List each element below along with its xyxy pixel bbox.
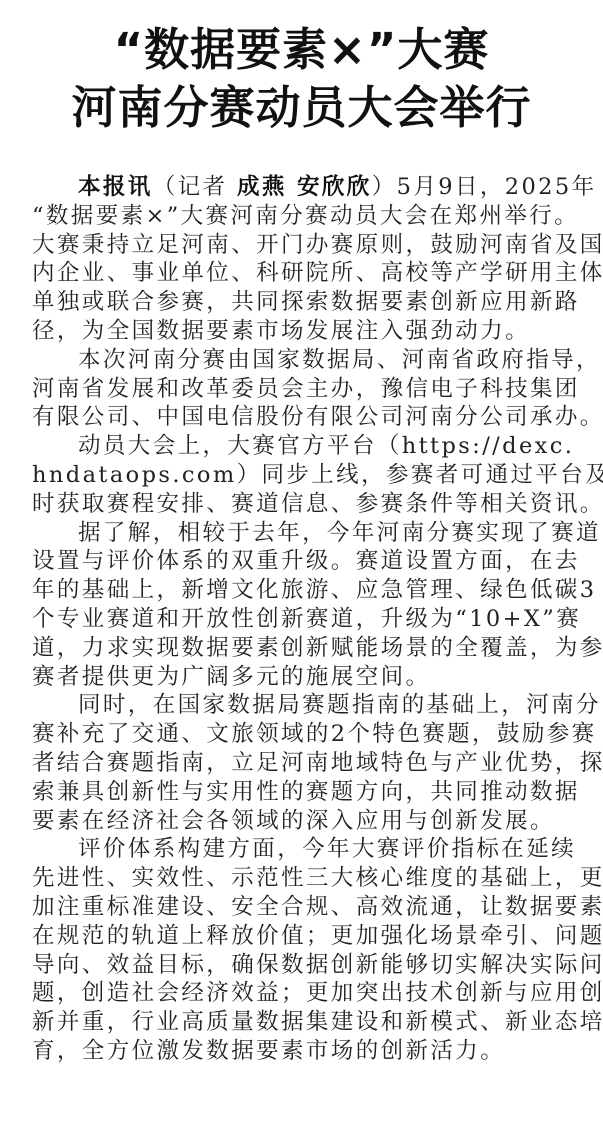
text-line: 河南省发展和改革委员会主办，豫信电子科技集团 — [32, 375, 562, 404]
text-line: 育，全方位激发数据要素市场的创新活力。 — [32, 1037, 562, 1066]
paragraph-6: 评价体系构建方面，今年大赛评价指标在延续 先进性、实效性、示范性三大核心维度的基… — [32, 835, 562, 1065]
text-line: 在规范的轨道上释放价值；更加强化场景牵引、问题 — [32, 922, 562, 951]
text-line: 本次河南分赛由国家数据局、河南省政府指导， — [32, 346, 562, 375]
paragraph-5: 同时，在国家数据局赛题指南的基础上，河南分 赛补充了交通、文旅领域的2个特色赛题… — [32, 691, 562, 835]
text-line: 径，为全国数据要素市场发展注入强劲动力。 — [32, 317, 562, 346]
text-line: 赛者提供更为广阔多元的施展空间。 — [32, 663, 562, 692]
text-line: 5月9日，2025年 — [397, 174, 597, 200]
text-line: 动员大会上，大赛官方平台（https://dexc. — [32, 432, 562, 461]
headline-line-1: “数据要素×”大赛 — [0, 22, 603, 78]
headline-line-2: 河南分赛动员大会举行 — [0, 80, 603, 136]
byline-lead: 本报讯 — [78, 174, 153, 200]
byline-reporters: 成燕 安欣欣 — [237, 174, 372, 200]
text-line: 题，创造社会经济效益；更加突出技术创新与应用创 — [32, 979, 562, 1008]
text-line: 赛补充了交通、文旅领域的2个特色赛题，鼓励参赛 — [32, 720, 562, 749]
text-line: 先进性、实效性、示范性三大核心维度的基础上，更 — [32, 864, 562, 893]
paragraph-1: 本报讯（记者 成燕 安欣欣）5月9日，2025年 “数据要素×”大赛河南分赛动员… — [32, 173, 562, 346]
text-line: 有限公司、中国电信股份有限公司河南分公司承办。 — [32, 403, 562, 432]
text-line: 新并重，行业高质量数据集建设和新模式、新业态培 — [32, 1008, 562, 1037]
paragraph-2: 本次河南分赛由国家数据局、河南省政府指导， 河南省发展和改革委员会主办，豫信电子… — [32, 346, 562, 432]
text-line: 要素在经济社会各领域的深入应用与创新发展。 — [32, 807, 562, 836]
byline-close-paren: ） — [372, 174, 397, 200]
text-line: 索兼具创新性与实用性的赛题方向，共同推动数据 — [32, 778, 562, 807]
text-line: 大赛秉持立足河南、开门办赛原则，鼓励河南省及国 — [32, 231, 562, 260]
text-line: 同时，在国家数据局赛题指南的基础上，河南分 — [32, 691, 562, 720]
paragraph-4: 据了解，相较于去年，今年河南分赛实现了赛道 设置与评价体系的双重升级。赛道设置方… — [32, 519, 562, 692]
text-line: 内企业、事业单位、科研院所、高校等产学研用主体 — [32, 259, 562, 288]
text-line: 导向、效益目标，确保数据创新能够切实解决实际问 — [32, 951, 562, 980]
text-line: 加注重标准建设、安全合规、高效流通，让数据要素 — [32, 893, 562, 922]
text-line: hndataops.com）同步上线，参赛者可通过平台及 — [32, 461, 562, 490]
text-line: 个专业赛道和开放性创新赛道，升级为“10+X”赛 — [32, 605, 562, 634]
article-body: 本报讯（记者 成燕 安欣欣）5月9日，2025年 “数据要素×”大赛河南分赛动员… — [32, 173, 562, 1066]
text-line: 道，力求实现数据要素创新赋能场景的全覆盖，为参 — [32, 634, 562, 663]
text-line: 设置与评价体系的双重升级。赛道设置方面，在去 — [32, 547, 562, 576]
text-line: “数据要素×”大赛河南分赛动员大会在郑州举行。 — [32, 202, 562, 231]
byline-open-paren: （记者 — [153, 174, 237, 200]
paragraph-3: 动员大会上，大赛官方平台（https://dexc. hndataops.com… — [32, 432, 562, 518]
text-line: 据了解，相较于去年，今年河南分赛实现了赛道 — [32, 519, 562, 548]
text-line: 单独或联合参赛，共同探索数据要素创新应用新路 — [32, 288, 562, 317]
text-line: 者结合赛题指南，立足河南地域特色与产业优势，探 — [32, 749, 562, 778]
text-line: 年的基础上，新增文化旅游、应急管理、绿色低碳3 — [32, 576, 562, 605]
text-line: 评价体系构建方面，今年大赛评价指标在延续 — [32, 835, 562, 864]
text-line: 时获取赛程安排、赛道信息、参赛条件等相关资讯。 — [32, 490, 562, 519]
byline-line: 本报讯（记者 成燕 安欣欣）5月9日，2025年 — [32, 173, 562, 202]
